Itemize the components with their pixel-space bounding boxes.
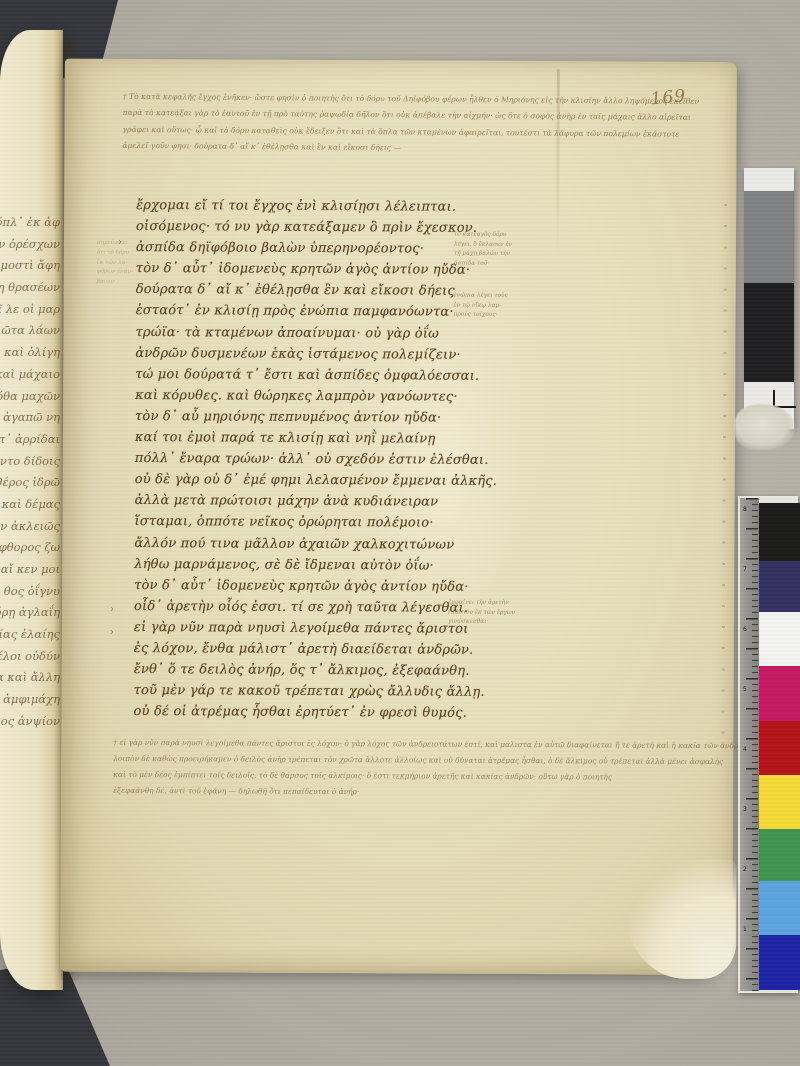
marginal-note-line: γινώσκεσθαι· [448, 618, 515, 628]
verse-line: δούρατα δ᾽ αἴ κ᾽ ἐθέλῃσθα ἓν καὶ εἴκοσι … [136, 279, 616, 303]
marginal-note-line: ἑκάστου ἐκ τῶν ἔργων [448, 608, 515, 618]
color-patch [759, 721, 800, 775]
verse-line: τρώϊα· τὰ κταμένων ἀποαίνυμαι· οὐ γὰρ ὀΐ… [135, 322, 615, 346]
ruler-number: 5 [743, 687, 753, 693]
marginal-note-left-faint: σημείωσαιὅτι τὸ δόρυἐκ τῶν λα-φύρων ἐλάμ… [97, 239, 133, 288]
scholia-line: ἐξεφαάνθη δέ, ἀντὶ τοῦ ἐφάνη — δηλωθῆ ὅτ… [113, 783, 713, 802]
color-patch [759, 935, 800, 990]
marginal-note-line: ἐκ τῶν λα- [97, 258, 133, 268]
verse-line: ἀσπίδα δηϊφόβοιο βαλὼν ὑπερηνορέοντος· [136, 237, 616, 261]
color-patch [759, 829, 800, 881]
marginal-note-right-2: ἐνώπια λέγει τοὺςἐν τῷ οἴκῳ λαμ-προὺς το… [454, 292, 508, 321]
tissue-fragment [735, 404, 795, 450]
margin-quill-mark: › [118, 237, 122, 248]
ruler-number: 6 [743, 627, 753, 633]
marginal-note-line: προὺς τοίχους· [454, 311, 508, 321]
verse-line: καί τοι ἐμοὶ παρά τε κλισίῃ καὶ νηῒ μελα… [135, 427, 615, 451]
verse-line: πόλλ᾽ ἔναρα τρώων· ἀλλ᾽ οὐ σχεδόν ἐστιν … [135, 448, 615, 472]
color-patch [759, 666, 800, 721]
facing-text-fragment: ἀμφιμάχη [0, 689, 60, 711]
marginal-note-line: ἐμφαίνει τὴν ἀρετὴν [448, 599, 515, 609]
facing-text-fragment: αδόθα μαχῶν [0, 386, 60, 408]
facing-text-fragment: ι ὄντο δίδοις [0, 451, 60, 473]
marginal-note-line: σημείωσαι [97, 239, 133, 249]
facing-text-fragment: ν καὶ μάχαιο [0, 364, 60, 386]
verse-line: οὐ δέ οἱ ἀτρέμας ἧσθαι ἐρητύετ᾽ ἐν φρεσὶ… [133, 701, 613, 725]
verse-line: τοῦ μὲν γάρ τε κακοῦ τρέπεται χρὼς ἄλλυδ… [134, 680, 614, 704]
marginal-note-right-1: τὸ κατεαγὸς δόρυλέγει, ὃ ἔκλασεν ἐντῇ μά… [454, 231, 512, 269]
facing-text-fragment: ωλύ τ᾽ ἀρρίδαι [0, 429, 60, 451]
ruler-number: 2 [743, 867, 753, 873]
verse-line: ἔρχομαι εἴ τί τοι ἔγχος ἐνὶ κλισίῃσι λέλ… [136, 195, 616, 219]
color-patch [759, 775, 800, 829]
margin-marks: ››› [65, 59, 737, 63]
facing-text-fragment: μος ἀνψίον [0, 711, 60, 733]
facing-text-fragment: ιρείας ἐλαίης [0, 624, 60, 646]
verse-line: οἶδ᾽ ἀρετὴν οἷός ἐσσι. τί σε χρὴ ταῦτα λ… [134, 596, 614, 620]
facing-text-fragment: ἧπη θρασέων [0, 277, 60, 299]
verse-line: ἔνθ᾽ ὅ τε δειλὸς ἀνήρ, ὅς τ᾽ ἄλκιμος, ἐξ… [134, 659, 614, 683]
torn-corner [626, 859, 737, 980]
marginal-note-line: τὸ κατεαγὸς δόρυ [454, 231, 512, 241]
ruler-number: 1 [743, 927, 753, 933]
marginal-note-line: τῇ μάχῃ βαλὼν τὴν [454, 250, 512, 260]
facing-text-fragment: θαι καὶ ὀλίγη [0, 342, 60, 364]
ruler-number: 7 [743, 567, 753, 573]
manuscript-photo: ξ ὅπλ᾽ ἐκ ἀφον ὀρέσχωνμοστὶ ἄφηἧπη θρασέ… [0, 0, 800, 1066]
verse-line: ἀλλὰ μετὰ πρώτοισι μάχην ἀνὰ κυδιάνειραν [135, 490, 615, 514]
color-calibration-bar [759, 503, 800, 990]
facing-page: ξ ὅπλ᾽ ἐκ ἀφον ὀρέσχωνμοστὶ ἄφηἧπη θρασέ… [0, 30, 63, 990]
verse-line: εἰ γὰρ νῦν παρὰ νηυσὶ λεγοίμεθα πάντες ἄ… [134, 617, 614, 641]
color-patch [759, 612, 800, 666]
facing-text-fragment: θ᾽ ἕλοι οὐδύν [0, 646, 60, 668]
color-patch [759, 881, 800, 935]
marginal-note-line: λέγει, ὃ ἔκλασεν ἐν [454, 240, 512, 250]
top-scholia: † Τὸ κατὰ κεφαλῆς ἔγχος ἐνῆκεν· ὥστε φησ… [122, 89, 723, 160]
facing-text-fragment: ον ὀρέσχων [0, 234, 60, 256]
verse-line: καὶ κόρυθες. καὶ θώρηκες λαμπρὸν γανόωντ… [135, 385, 615, 409]
verse-line: ἐς λόχον, ἔνθα μάλιστ᾽ ἀρετὴ διαείδεται … [134, 638, 614, 662]
verse-line: ἵσταμαι, ὁππότε νεῖκος ὀρώρηται πολέμοιο… [134, 511, 614, 535]
main-text-block: ἔρχομαι εἴ τί τοι ἔγχος ἐνὶ κλισίῃσι λέλ… [133, 195, 616, 725]
pricking-holes [721, 204, 727, 744]
verse-line: οἰσόμενος· τό νυ γὰρ κατεάξαμεν ὃ πρὶν ἔ… [136, 216, 616, 240]
marginal-note-line: ὅτι τὸ δόρυ [97, 249, 133, 259]
ruler-strip: 87654321 [740, 498, 759, 991]
ruler-number: 4 [743, 747, 753, 753]
facing-text-fragment: σ᾽ ἀγαπῶ νη [0, 407, 60, 429]
marginal-note-line: ἐν τῷ οἴκῳ λαμ- [454, 301, 508, 311]
ruler-number: 3 [743, 807, 753, 813]
grayscale-patch [744, 191, 794, 283]
marginal-note-line: βανον· [97, 278, 133, 288]
marginal-note-line: ἀσπίδα τοῦ· [454, 259, 512, 269]
margin-quill-mark: › [110, 627, 114, 638]
facing-text-fragment: δ᾽ αἴ κεν μοι [0, 559, 60, 581]
verse-line: τώ μοι δούρατά τ᾽ ἔστι καὶ ἀσπίδες ὀμφαλ… [135, 364, 615, 388]
facing-text-fragment: θεῖ λε οἱ μαρ [0, 299, 60, 321]
color-patch [759, 503, 800, 561]
verse-line: ἄλλόν πού τινα μᾶλλον ἀχαιῶν χαλκοχιτώνω… [134, 532, 614, 556]
verse-line: λήθω μαρνάμενος, σὲ δὲ ἴδμεναι αὐτὸν ὀΐω… [134, 554, 614, 578]
facing-text-fragment: τ᾽ ποιῶτα λάων [0, 320, 60, 342]
facing-text-fragment: ξ ὅπλ᾽ ἐκ ἀφ [0, 212, 60, 234]
facing-text-fragment: τ᾽ ἄφθορος ζω [0, 537, 60, 559]
verse-line: ἀνδρῶν δυσμενέων ἑκὰς ἱστάμενος πολεμίζε… [135, 343, 615, 367]
manuscript-page: 169 † Τὸ κατὰ κεφαλῆς ἔγχος ἐνῆκεν· ὥστε… [60, 59, 737, 976]
grayscale-patch [744, 283, 794, 382]
marginal-note-line: φύρων ἐλάμ- [97, 268, 133, 278]
facing-page-text: ξ ὅπλ᾽ ἐκ ἀφον ὀρέσχωνμοστὶ ἄφηἧπη θρασέ… [0, 212, 60, 733]
verse-line: οὐ δὲ γὰρ οὐ δ᾽ ἐμέ φημι λελασμένον ἔμμε… [135, 469, 615, 493]
verse-line: ἑσταότ᾽ ἐν κλισίῃ πρὸς ἐνώπια παμφανόωντ… [136, 300, 616, 324]
facing-text-fragment: εῖα καὶ ἄλλη [0, 667, 60, 689]
margin-quill-mark: › [110, 604, 114, 615]
marginal-note-right-3: ἐμφαίνει τὴν ἀρετὴνἑκάστου ἐκ τῶν ἔργωνγ… [448, 599, 515, 628]
marginal-note-line: ἐνώπια λέγει τοὺς [454, 292, 508, 302]
facing-text-fragment: ὅρῃ ἀγλαΐη [0, 602, 60, 624]
facing-text-fragment: θος ὀΐγνυ [0, 581, 60, 603]
verse-line: τὸν δ᾽ αὖτ᾽ ἰδομενεὺς κρητῶν ἀγὸς ἀντίον… [136, 258, 616, 282]
facing-text-fragment: ων ἀκλειῶς [0, 516, 60, 538]
facing-text-fragment: μοστὶ ἄφη [0, 255, 60, 277]
color-patch [759, 561, 800, 612]
facing-text-fragment: θέρος ἱδρῶ [0, 472, 60, 494]
verse-line: τὸν δ᾽ αὖτ᾽ ἰδομενεὺς κρητῶν ἀγὸς ἀντίον… [134, 575, 614, 599]
ruler-number: 8 [743, 507, 753, 513]
grayscale-patch [744, 168, 794, 191]
verse-line: τὸν δ᾽ αὖ μηριόνης πεπνυμένος ἀντίον ηὔδ… [135, 406, 615, 430]
facing-text-fragment: καὶ δέμας [0, 494, 60, 516]
bottom-scholia: † εἰ γὰρ νῦν παρὰ νηυσὶ λεγοίμεθα πάντες… [113, 735, 713, 802]
